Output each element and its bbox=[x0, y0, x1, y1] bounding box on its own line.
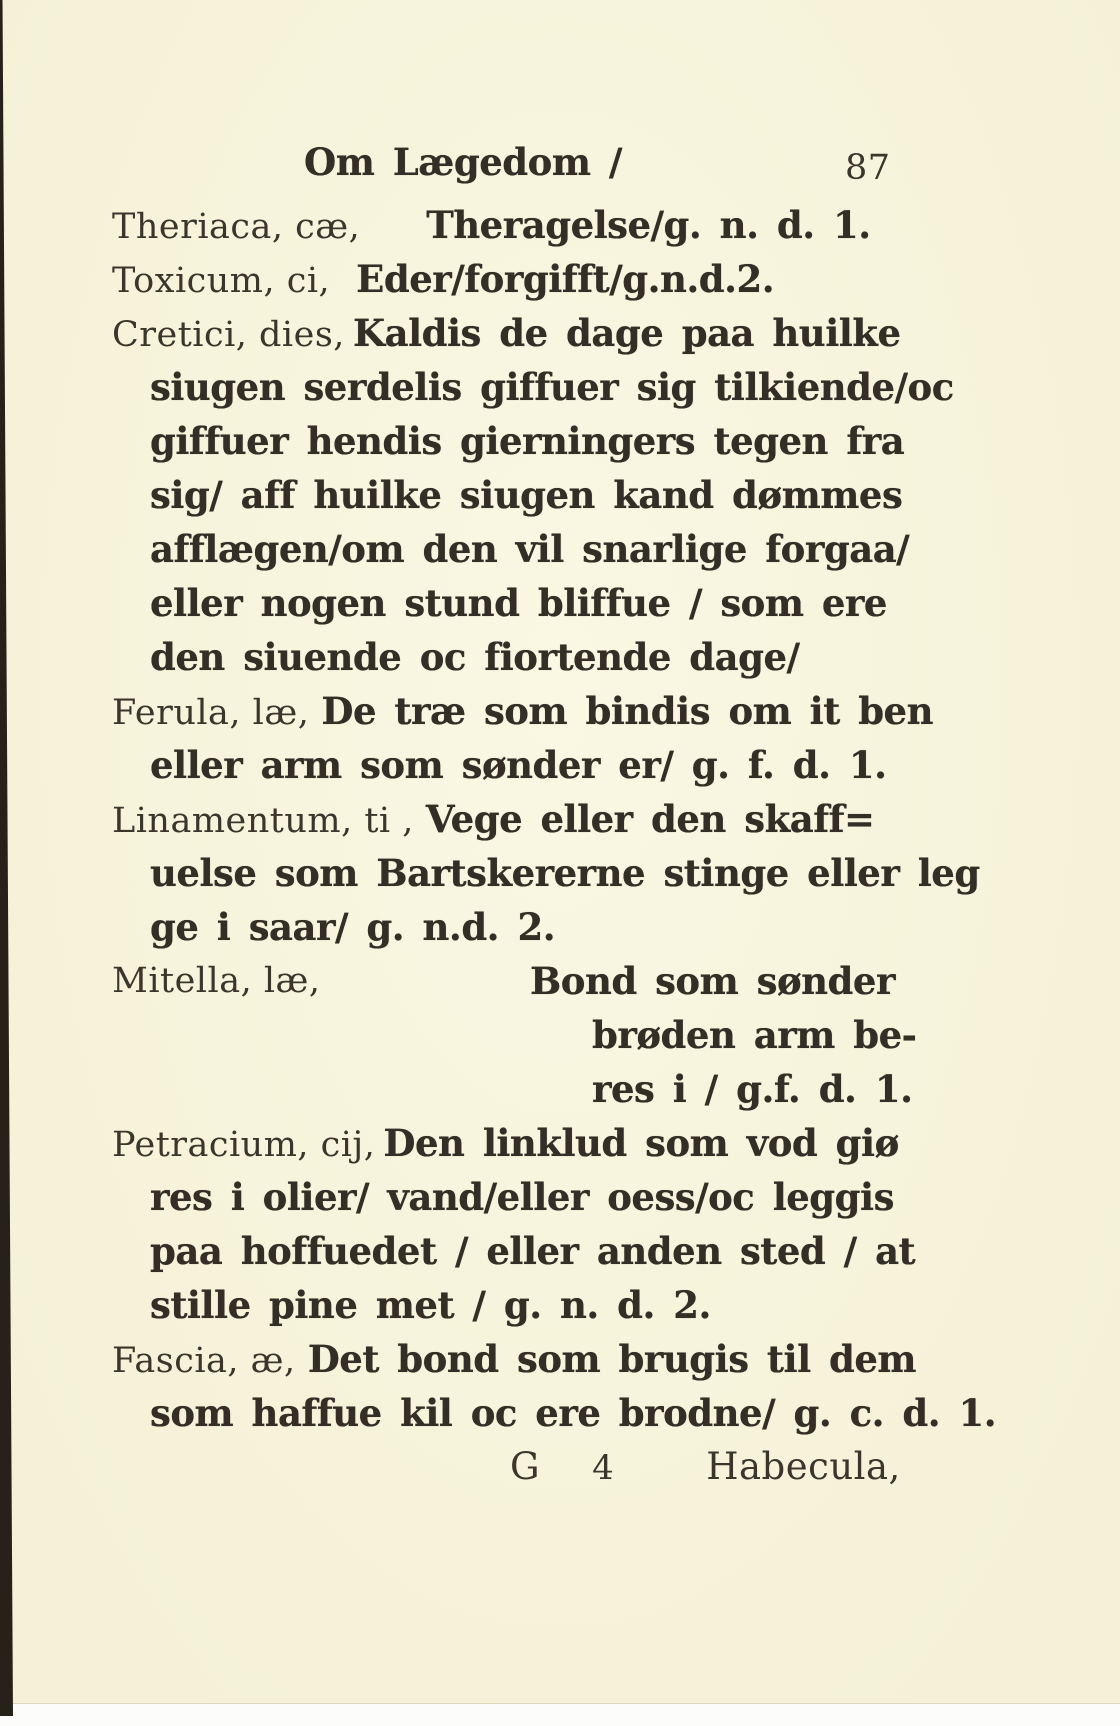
entry-headword: Cretici, dies, bbox=[112, 315, 345, 355]
running-header: Om Lægedom / 87 bbox=[112, 140, 1012, 198]
entry-headword: Theriaca, cæ, bbox=[112, 207, 360, 247]
entry-line-toxicum: Toxicum, ci,Eder/forgifft/g.n.d.2. bbox=[112, 252, 1012, 306]
gloss-continuation: ge i saar/ g. n.d. 2. bbox=[112, 900, 1012, 954]
entry-line-ferula: Ferula, læ,De træ som bindis om it ben bbox=[112, 684, 1012, 738]
entry-gloss: Eder/forgifft/g.n.d.2. bbox=[356, 257, 774, 301]
catchword: Habecula, bbox=[706, 1445, 901, 1488]
gloss-continuation: paa hoffuedet / eller anden sted / at bbox=[112, 1224, 1012, 1278]
entry-line-mitella: Mitella, læ, Bond som sønder bbox=[112, 954, 1012, 1008]
signature-catchword-line: G4Habecula, bbox=[112, 1440, 1012, 1494]
gloss-continuation: afflægen/om den vil snarlige forgaa/ bbox=[112, 522, 1012, 576]
entry-headword: Fascia, æ, bbox=[112, 1341, 296, 1381]
entry-line-cretici: Cretici, dies,Kaldis de dage paa huilke bbox=[112, 306, 1012, 360]
header-title: Om Lægedom / bbox=[304, 140, 622, 184]
entry-headword: Mitella, læ, bbox=[112, 961, 321, 1001]
text-column: Om Lægedom / 87 Theriaca, cæ,Theragelse/… bbox=[112, 140, 1012, 1494]
entry-gloss: De træ som bindis om it ben bbox=[321, 689, 933, 733]
entry-line-fascia: Fascia, æ,Det bond som brugis til dem bbox=[112, 1332, 1012, 1386]
entry-headword: Toxicum, ci, bbox=[112, 261, 330, 301]
gloss-continuation: brøden arm be- bbox=[112, 1008, 1012, 1062]
entry-line-linamentum: Linamentum, ti ,Vege eller den skaff= bbox=[112, 792, 1012, 846]
entry-gloss: Det bond som brugis til dem bbox=[308, 1337, 916, 1381]
quire-signature-letter: G bbox=[510, 1445, 540, 1488]
entry-gloss: Bond som sønder bbox=[530, 954, 895, 1008]
gloss-continuation: den siuende oc fiortende dage/ bbox=[112, 630, 1012, 684]
entry-gloss: Kaldis de dage paa huilke bbox=[353, 311, 901, 355]
entry-headword: Ferula, læ, bbox=[112, 693, 309, 733]
entry-gloss: Vege eller den skaff= bbox=[426, 797, 875, 841]
gloss-continuation: sig/ aff huilke siugen kand dømmes bbox=[112, 468, 1012, 522]
gloss-continuation: som haffue kil oc ere brodne/ g. c. d. 1… bbox=[112, 1386, 1012, 1440]
page-number: 87 bbox=[845, 148, 891, 188]
entry-headword: Linamentum, ti , bbox=[112, 801, 414, 841]
gloss-continuation: stille pine met / g. n. d. 2. bbox=[112, 1278, 1012, 1332]
gloss-continuation: res i / g.f. d. 1. bbox=[112, 1062, 1012, 1116]
entry-headword: Petracium, cij, bbox=[112, 1125, 375, 1165]
entry-line-petracium: Petracium, cij,Den linklud som vod giø bbox=[112, 1116, 1012, 1170]
entry-line-theriaca: Theriaca, cæ,Theragelse/g. n. d. 1. bbox=[112, 198, 1012, 252]
gloss-continuation: eller nogen stund bliffue / som ere bbox=[112, 576, 1012, 630]
gloss-continuation: eller arm som sønder er/ g. f. d. 1. bbox=[112, 738, 1012, 792]
scanned-book-page: Om Lægedom / 87 Theriaca, cæ,Theragelse/… bbox=[0, 0, 1120, 1726]
entry-gloss: Theragelse/g. n. d. 1. bbox=[426, 203, 870, 247]
gloss-continuation: uelse som Bartskererne stinge eller leg bbox=[112, 846, 1012, 900]
quire-signature-number: 4 bbox=[592, 1448, 614, 1488]
gloss-continuation: giffuer hendis gierningers tegen fra bbox=[112, 414, 1012, 468]
gloss-continuation: siugen serdelis giffuer sig tilkiende/oc bbox=[112, 360, 1012, 414]
entry-gloss: Den linklud som vod giø bbox=[383, 1121, 898, 1165]
gloss-continuation: res i olier/ vand/eller oess/oc leggis bbox=[112, 1170, 1012, 1224]
